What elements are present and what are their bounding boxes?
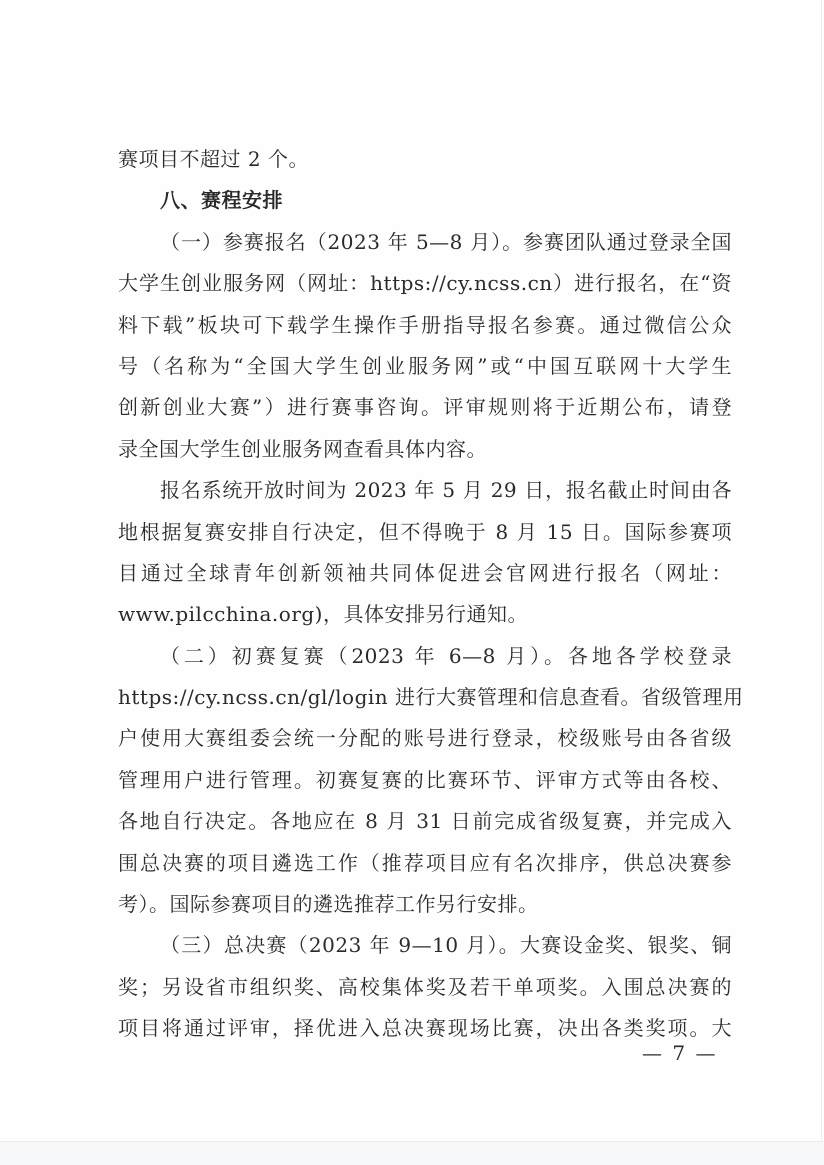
text-line: 目通过全球青年创新领袖共同体促进会官网进行报名（网址：	[118, 553, 732, 594]
text-line: 报名系统开放时间为 2023 年 5 月 29 日，报名截止时间由各	[118, 470, 732, 511]
text-line: 赛项目不超过 2 个。	[118, 139, 732, 180]
text-line: 考）。国际参赛项目的遴选推荐工作另行安排。	[118, 884, 732, 925]
section-heading: 八、赛程安排	[118, 180, 732, 221]
document-body: 赛项目不超过 2 个。 八、赛程安排 （一）参赛报名（2023 年 5—8 月）…	[118, 139, 732, 1050]
text-line: （一）参赛报名（2023 年 5—8 月）。参赛团队通过登录全国	[118, 222, 732, 263]
text-line: 创新创业大赛”）进行赛事咨询。评审规则将于近期公布，请登	[118, 387, 732, 428]
text-line: 号（名称为“全国大学生创业服务网”或“中国互联网十大学生	[118, 346, 732, 387]
text-line: 奖；另设省市组织奖、高校集体奖及若干单项奖。入围总决赛的	[118, 967, 732, 1008]
text-line: 各地自行决定。各地应在 8 月 31 日前完成省级复赛，并完成入	[118, 801, 732, 842]
page-edge	[821, 0, 822, 1145]
text-line: 料下载”板块可下载学生操作手册指导报名参赛。通过微信公众	[118, 305, 732, 346]
text-line: 大学生创业服务网（网址：https://cy.ncss.cn）进行报名，在“资	[118, 263, 732, 304]
text-line: www.pilcchina.org)，具体安排另行通知。	[118, 594, 732, 635]
text-line: （二）初赛复赛（2023 年 6—8 月）。各地各学校登录	[118, 636, 732, 677]
text-line: 项目将通过评审，择优进入总决赛现场比赛，决出各类奖项。大	[118, 1008, 732, 1049]
page-number: — 7 —	[642, 1041, 717, 1065]
text-line: 管理用户进行管理。初赛复赛的比赛环节、评审方式等由各校、	[118, 760, 732, 801]
text-line: 录全国大学生创业服务网查看具体内容。	[118, 429, 732, 470]
document-page: 赛项目不超过 2 个。 八、赛程安排 （一）参赛报名（2023 年 5—8 月）…	[0, 0, 824, 1145]
text-line: 地根据复赛安排自行决定，但不得晚于 8 月 15 日。国际参赛项	[118, 512, 732, 553]
text-line: （三）总决赛（2023 年 9—10 月）。大赛设金奖、银奖、铜	[118, 925, 732, 966]
text-line: 围总决赛的项目遴选工作（推荐项目应有名次排序，供总决赛参	[118, 843, 732, 884]
text-line: https://cy.ncss.cn/gl/login 进行大赛管理和信息查看。…	[118, 677, 732, 718]
scan-margin	[0, 1141, 824, 1165]
text-line: 户使用大赛组委会统一分配的账号进行登录，校级账号由各省级	[118, 718, 732, 759]
